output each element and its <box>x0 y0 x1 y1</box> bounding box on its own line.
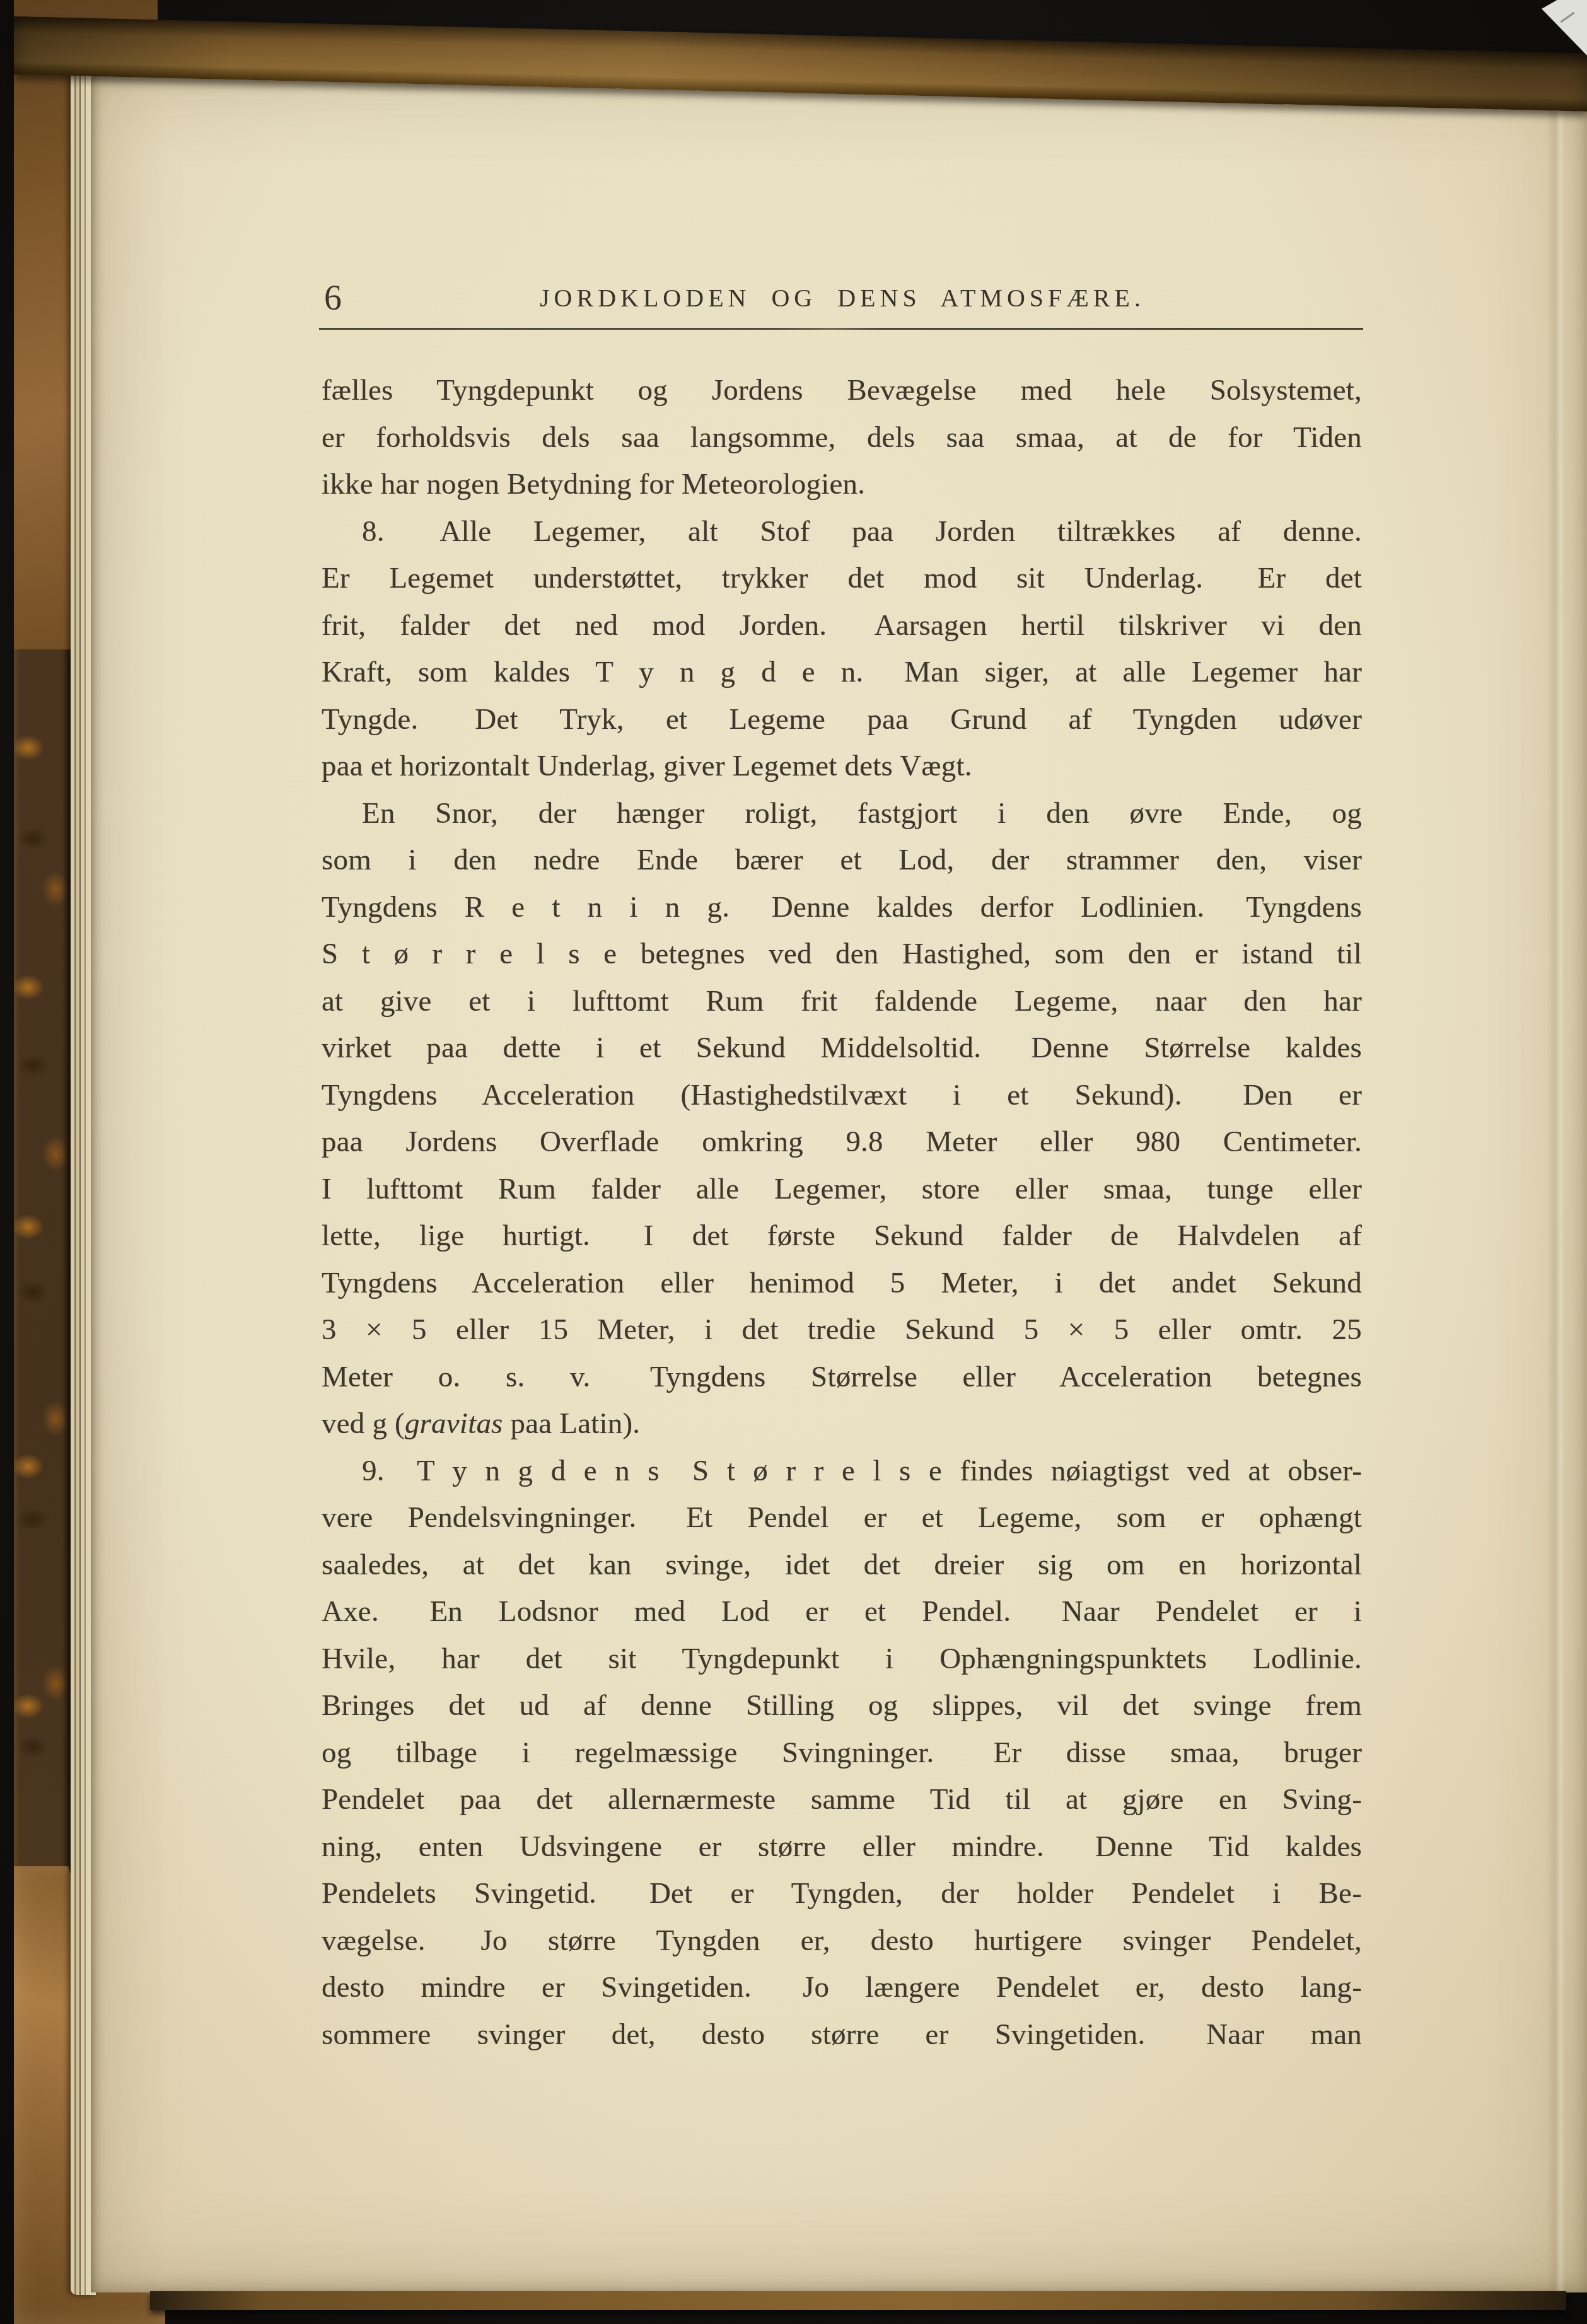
text-line: er forholdsvis dels saa langsomme, dels … <box>322 414 1362 462</box>
page-number: 6 <box>324 279 342 318</box>
book-cover-bottom-edge <box>150 2291 1566 2310</box>
text-line: ning, enten Udsvingene er større eller m… <box>322 1823 1362 1871</box>
text-line: paa et horizontalt Underlag, giver Legem… <box>322 743 1362 790</box>
text-line: vægelse. Jo større Tyngden er, desto hur… <box>322 1917 1362 1965</box>
text-line: En Snor, der hænger roligt, fastgjort i … <box>322 790 1362 837</box>
text-line: Kraft, som kaldes T y n g d e n. Man sig… <box>322 649 1362 696</box>
text-line: desto mindre er Svingetiden. Jo længere … <box>322 1964 1362 2011</box>
text-line: Meter o. s. v. Tyngdens Størrelse eller … <box>322 1354 1362 1401</box>
text-line: Pendelet paa det allernærmeste samme Tid… <box>322 1776 1362 1823</box>
page-header: 6 JORDKLODEN OG DENS ATMOSFÆRE. <box>322 279 1363 323</box>
text-line: saaledes, at det kan svinge, idet det dr… <box>322 1542 1362 1589</box>
text-block: fælles Tyngdepunkt og Jordens Bevægelse … <box>322 367 1362 2058</box>
text-line: Tyngde. Det Tryk, et Legeme paa Grund af… <box>322 696 1362 743</box>
text-line: frit, falder det ned mod Jorden. Aarsage… <box>322 602 1362 649</box>
text-line: paa Jordens Overflade omkring 9.8 Meter … <box>322 1118 1362 1166</box>
text-line: Hvile, har det sit Tyngdepunkt i Ophængn… <box>322 1636 1362 1683</box>
text-line: ikke har nogen Betydning for Meteorologi… <box>322 461 1362 508</box>
text-line: og tilbage i regelmæssige Svingninger. E… <box>322 1729 1362 1777</box>
text-line: ved g (gravitas paa Latin). <box>322 1400 1362 1448</box>
text-line: Axe. En Lodsnor med Lod er et Pendel. Na… <box>322 1588 1362 1636</box>
photo-backdrop: 6 JORDKLODEN OG DENS ATMOSFÆRE. fælles T… <box>0 0 1587 2324</box>
text-line: Er Legemet understøttet, trykker det mod… <box>322 555 1362 602</box>
text-line: virket paa dette i et Sekund Middelsolti… <box>322 1025 1362 1072</box>
text-line: at give et i lufttomt Rum frit faldende … <box>322 978 1362 1025</box>
running-header: JORDKLODEN OG DENS ATMOSFÆRE. <box>322 279 1363 318</box>
text-line: Bringes det ud af denne Stilling og slip… <box>322 1682 1362 1729</box>
text-line: Tyngdens Acceleration eller henimod 5 Me… <box>322 1260 1362 1307</box>
text-line: Pendelets Svingetid. Det er Tyngden, der… <box>322 1870 1362 1917</box>
text-line: 9. T y n g d e n s S t ø r r e l s e fin… <box>322 1448 1362 1495</box>
corner-tag <box>1542 0 1587 55</box>
text-line: sommere svinger det, desto større er Svi… <box>322 2011 1362 2059</box>
text-line: som i den nedre Ende bærer et Lod, der s… <box>322 837 1362 884</box>
header-rule <box>319 328 1363 330</box>
text-line: 3 × 5 eller 15 Meter, i det tredie Sekun… <box>322 1306 1362 1354</box>
page-crease <box>1547 71 1566 2292</box>
text-line: Tyngdens Acceleration (Hastighedstilvæxt… <box>322 1072 1362 1119</box>
text-line: fælles Tyngdepunkt og Jordens Bevægelse … <box>322 367 1362 414</box>
text-line: I lufttomt Rum falder alle Legemer, stor… <box>322 1166 1362 1213</box>
text-line: vere Pendelsvingninger. Et Pendel er et … <box>322 1494 1362 1542</box>
text-line: S t ø r r e l s e betegnes ved den Hasti… <box>322 931 1362 978</box>
book-page: 6 JORDKLODEN OG DENS ATMOSFÆRE. fælles T… <box>91 71 1587 2292</box>
text-line: Tyngdens R e t n i n g. Denne kaldes der… <box>322 884 1362 931</box>
text-line: 8. Alle Legemer, alt Stof paa Jorden til… <box>322 508 1362 555</box>
text-line: lette, lige hurtigt. I det første Sekund… <box>322 1212 1362 1260</box>
